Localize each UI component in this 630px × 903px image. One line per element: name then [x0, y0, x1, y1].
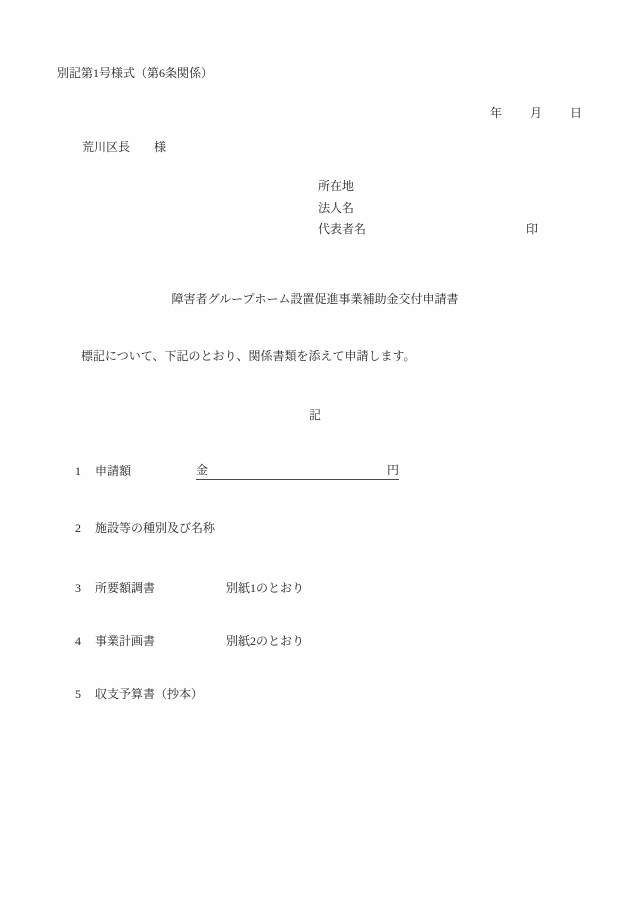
amount-field: 金 円	[196, 463, 399, 480]
sender-location-label: 所在地	[318, 179, 354, 194]
item-value: 別紙1のとおり	[226, 581, 304, 596]
item-number: 2	[75, 521, 81, 536]
day-label: 日	[570, 106, 582, 121]
item-number: 3	[75, 581, 81, 596]
application-form-page: 別記第1号様式（第6条関係） 年 月 日 荒川区長 様 所在地 法人名 代表者名…	[0, 0, 630, 903]
month-label: 月	[530, 106, 542, 121]
body-text: 標記について、下記のとおり、関係書類を添えて申請します。	[81, 349, 416, 364]
item-value: 別紙2のとおり	[226, 634, 304, 649]
item-row: 3 所要額調書 別紙1のとおり	[0, 581, 630, 597]
record-heading: 記	[0, 408, 630, 423]
item-row: 4 事業計画書 別紙2のとおり	[0, 634, 630, 650]
amount-suffix: 円	[387, 463, 399, 479]
item-number: 4	[75, 634, 81, 649]
sender-representative-label: 代表者名	[318, 222, 366, 237]
item-row: 1 申請額 金 円	[0, 464, 630, 480]
item-row: 2 施設等の種別及び名称	[0, 521, 630, 537]
item-label: 申請額	[95, 464, 131, 479]
item-number: 1	[75, 464, 81, 479]
item-label: 事業計画書	[95, 634, 155, 649]
form-number: 別記第1号様式（第6条関係）	[57, 66, 213, 81]
sender-corporation-label: 法人名	[318, 201, 354, 216]
item-label: 収支予算書（抄本）	[95, 687, 203, 702]
year-label: 年	[490, 106, 502, 121]
date-line: 年 月 日	[490, 106, 582, 121]
addressee: 荒川区長 様	[82, 140, 166, 155]
amount-prefix: 金	[196, 463, 208, 479]
item-label: 所要額調書	[95, 581, 155, 596]
item-number: 5	[75, 687, 81, 702]
item-label: 施設等の種別及び名称	[95, 521, 215, 536]
item-row: 5 収支予算書（抄本）	[0, 687, 630, 703]
seal-mark: 印	[526, 222, 538, 237]
document-title: 障害者グループホーム設置促進事業補助金交付申請書	[0, 292, 630, 307]
